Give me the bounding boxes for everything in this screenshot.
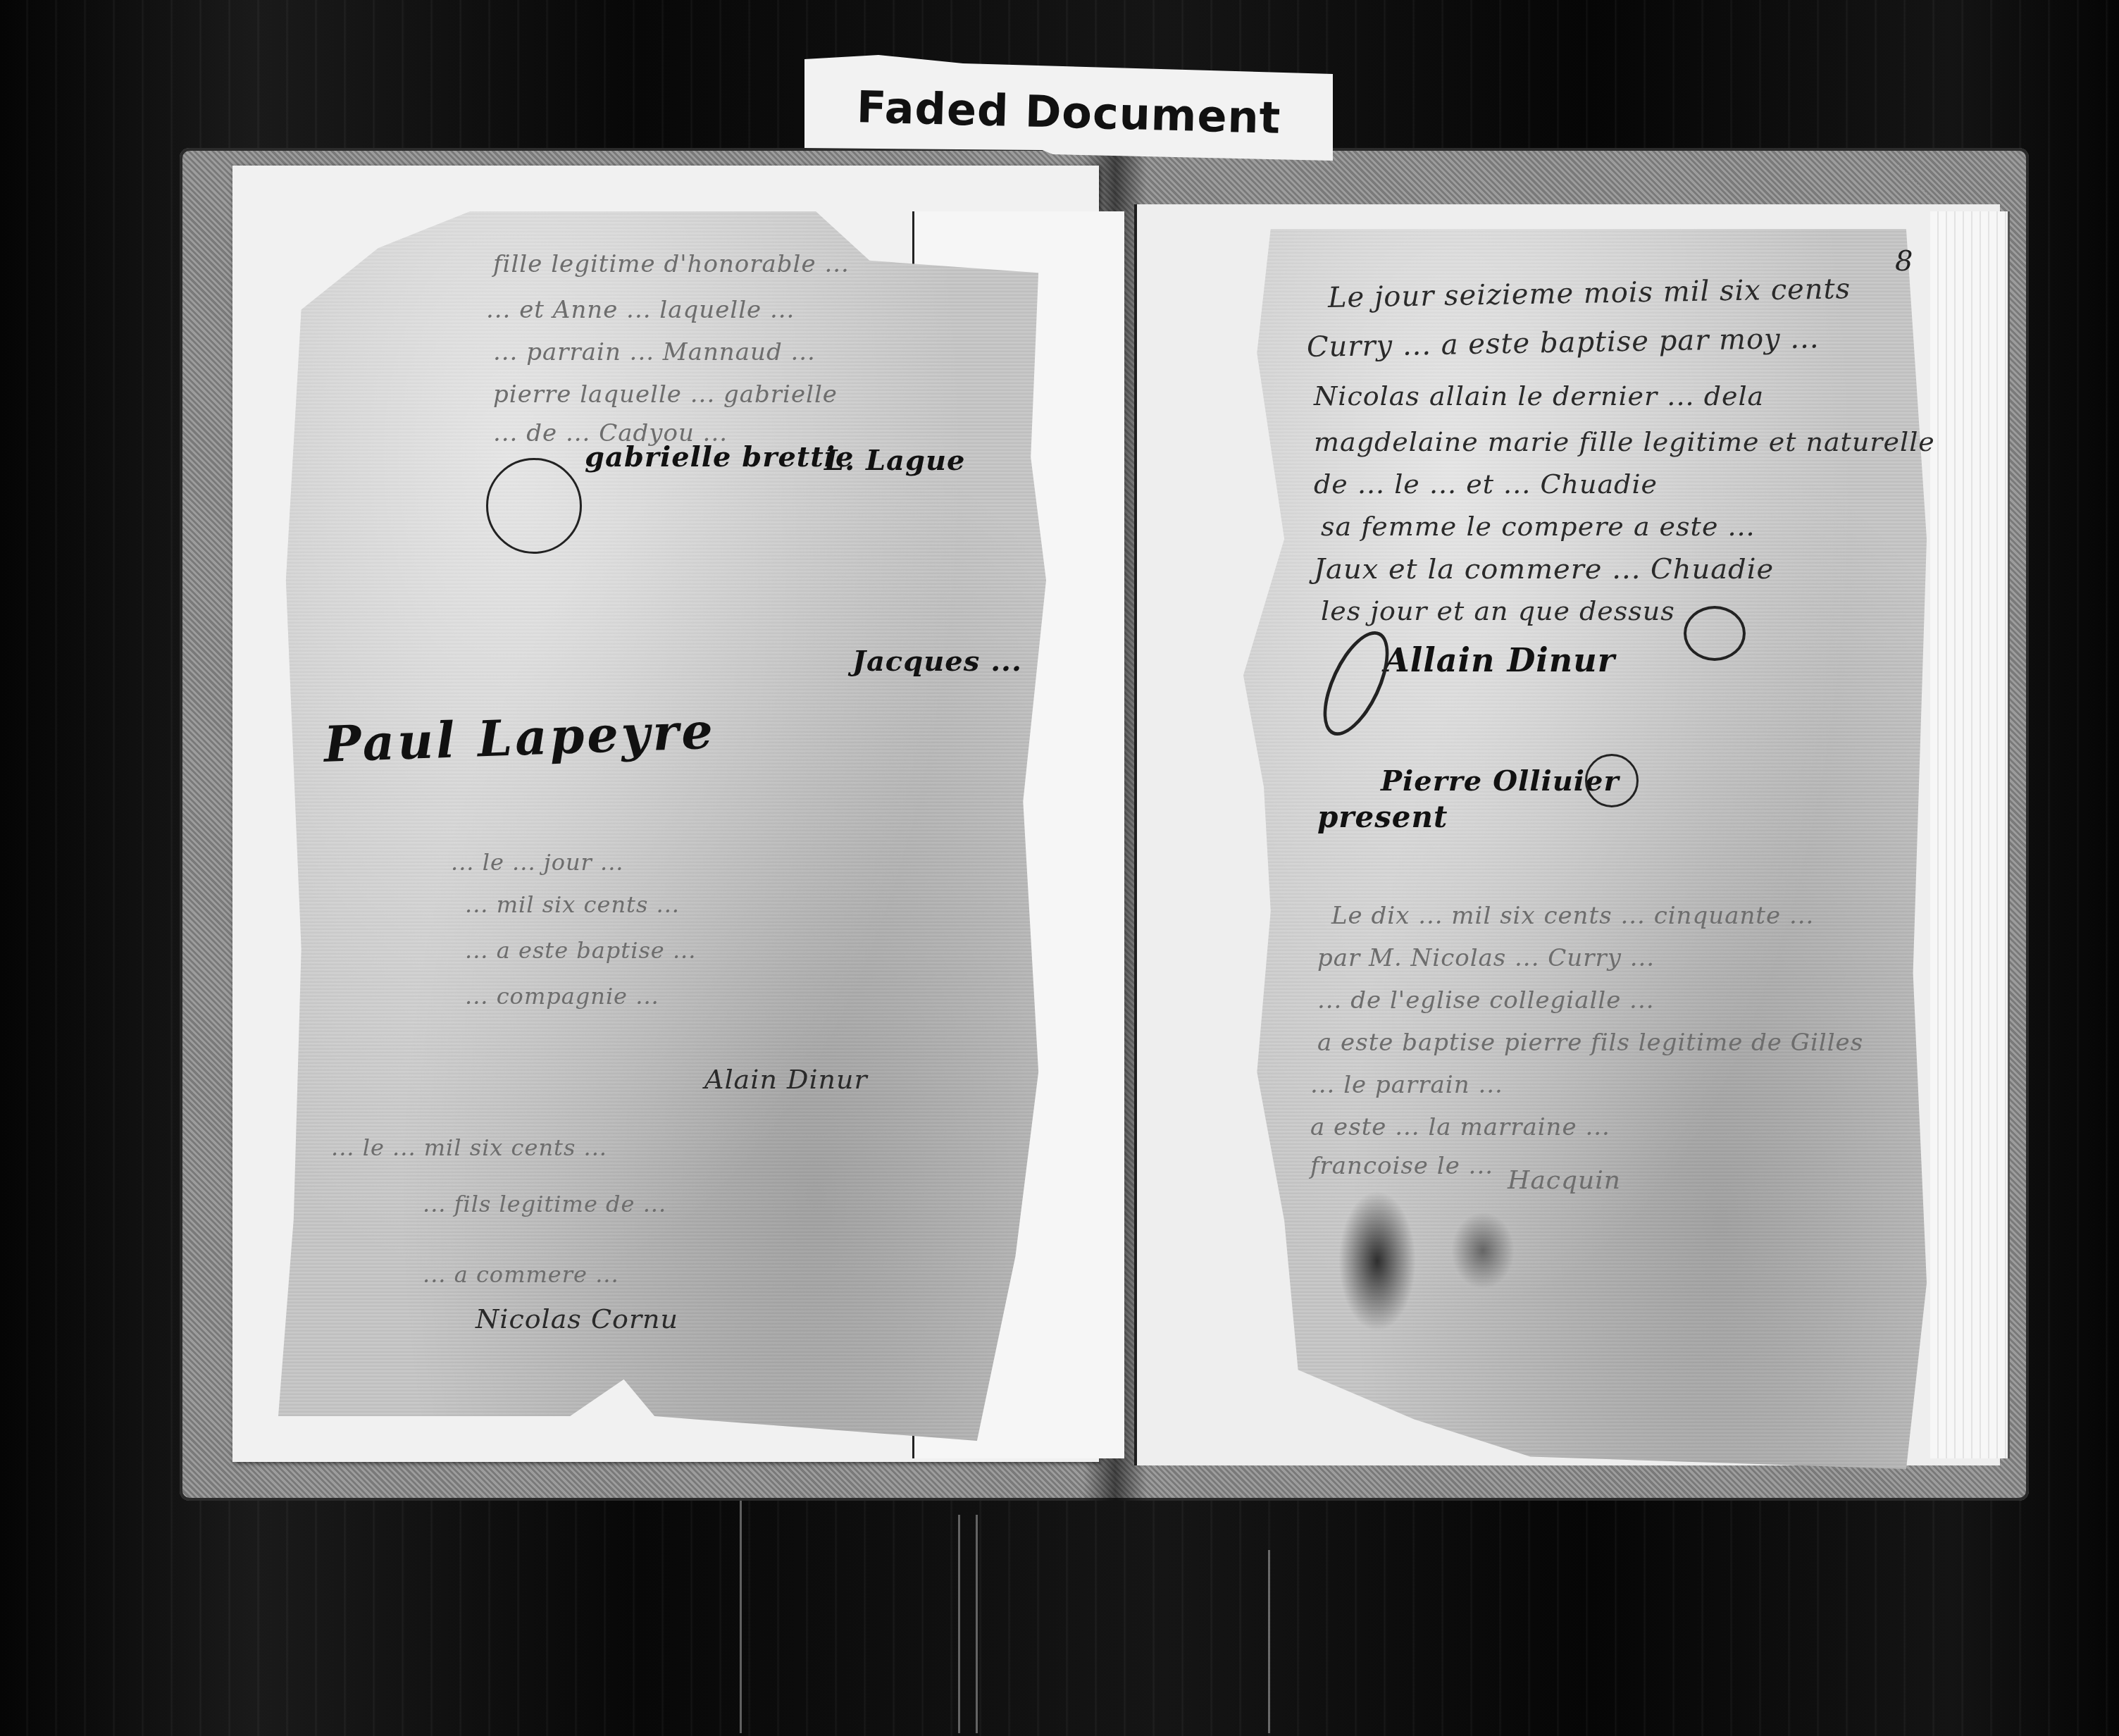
handwritten-line: de ... le ... et ... Chuadie — [1314, 469, 1658, 500]
handwritten-line: a este ... la marraine ... — [1310, 1113, 1610, 1141]
handwritten-line: francoise le ... — [1310, 1152, 1493, 1180]
signature: Nicolas Cornu — [476, 1303, 678, 1334]
handwritten-line: ... a este baptise ... — [465, 937, 696, 964]
handwritten-line: ... et Anne ... laquelle ... — [486, 296, 795, 324]
signature: Allain Dinur — [1384, 641, 1615, 679]
signature-mark — [1585, 754, 1639, 807]
handwritten-line: les jour et an que dessus — [1321, 595, 1675, 626]
handwritten-line: a este baptise pierre fils legitime de G… — [1317, 1029, 1863, 1057]
signature: present — [1317, 800, 1448, 834]
ink-stain — [1338, 1191, 1416, 1332]
signature: Hacquin — [1508, 1166, 1621, 1195]
handwritten-line: magdelaine marie fille legitime et natur… — [1314, 426, 1935, 457]
handwritten-line: pierre laquelle ... gabrielle — [493, 380, 838, 409]
handwritten-line: ... le ... jour ... — [451, 849, 624, 876]
handwritten-line: par M. Nicolas ... Curry ... — [1317, 944, 1655, 972]
signature: Jacques ... — [852, 645, 1022, 678]
signature: Alain Dinur — [704, 1064, 868, 1095]
signature: L. Lague — [824, 444, 966, 477]
handwritten-line: fille legitime d'honorable ... — [493, 250, 850, 278]
handwritten-line: ... le parrain ... — [1310, 1071, 1503, 1099]
seal-flourish — [486, 458, 582, 554]
handwritten-line: ... fils legitime de ... — [423, 1191, 666, 1217]
ink-stain — [1451, 1212, 1515, 1289]
handwritten-line: ... a commere ... — [423, 1261, 619, 1288]
handwritten-line: ... parrain ... Mannaud ... — [493, 338, 816, 366]
handwritten-line: ... de l'eglise collegialle ... — [1317, 986, 1655, 1015]
signature: Pierre Olliuier — [1381, 764, 1619, 798]
signature-mark — [1684, 606, 1746, 661]
page-number: 8 — [1895, 245, 1913, 278]
handwritten-line: sa femme le compere a este ... — [1321, 511, 1756, 542]
signature: gabrielle brettie — [585, 440, 854, 473]
handwritten-line: ... le ... mil six cents ... — [331, 1134, 607, 1161]
scanner-streak — [740, 1494, 742, 1733]
scanner-streak — [1268, 1550, 1270, 1733]
handwritten-line: Nicolas allain le dernier ... dela — [1314, 380, 1764, 411]
handwritten-line: Jaux et la commere ... Chuadie — [1314, 553, 1774, 585]
handwritten-line: ... compagnie ... — [465, 983, 659, 1010]
handwritten-line: Le dix ... mil six cents ... cinquante .… — [1331, 902, 1814, 930]
label-text: Faded Document — [856, 81, 1281, 144]
scanner-streak — [958, 1515, 960, 1733]
scanner-streak — [976, 1515, 978, 1733]
page-stack-edge — [1930, 211, 2010, 1458]
handwritten-line: ... mil six cents ... — [465, 891, 680, 918]
